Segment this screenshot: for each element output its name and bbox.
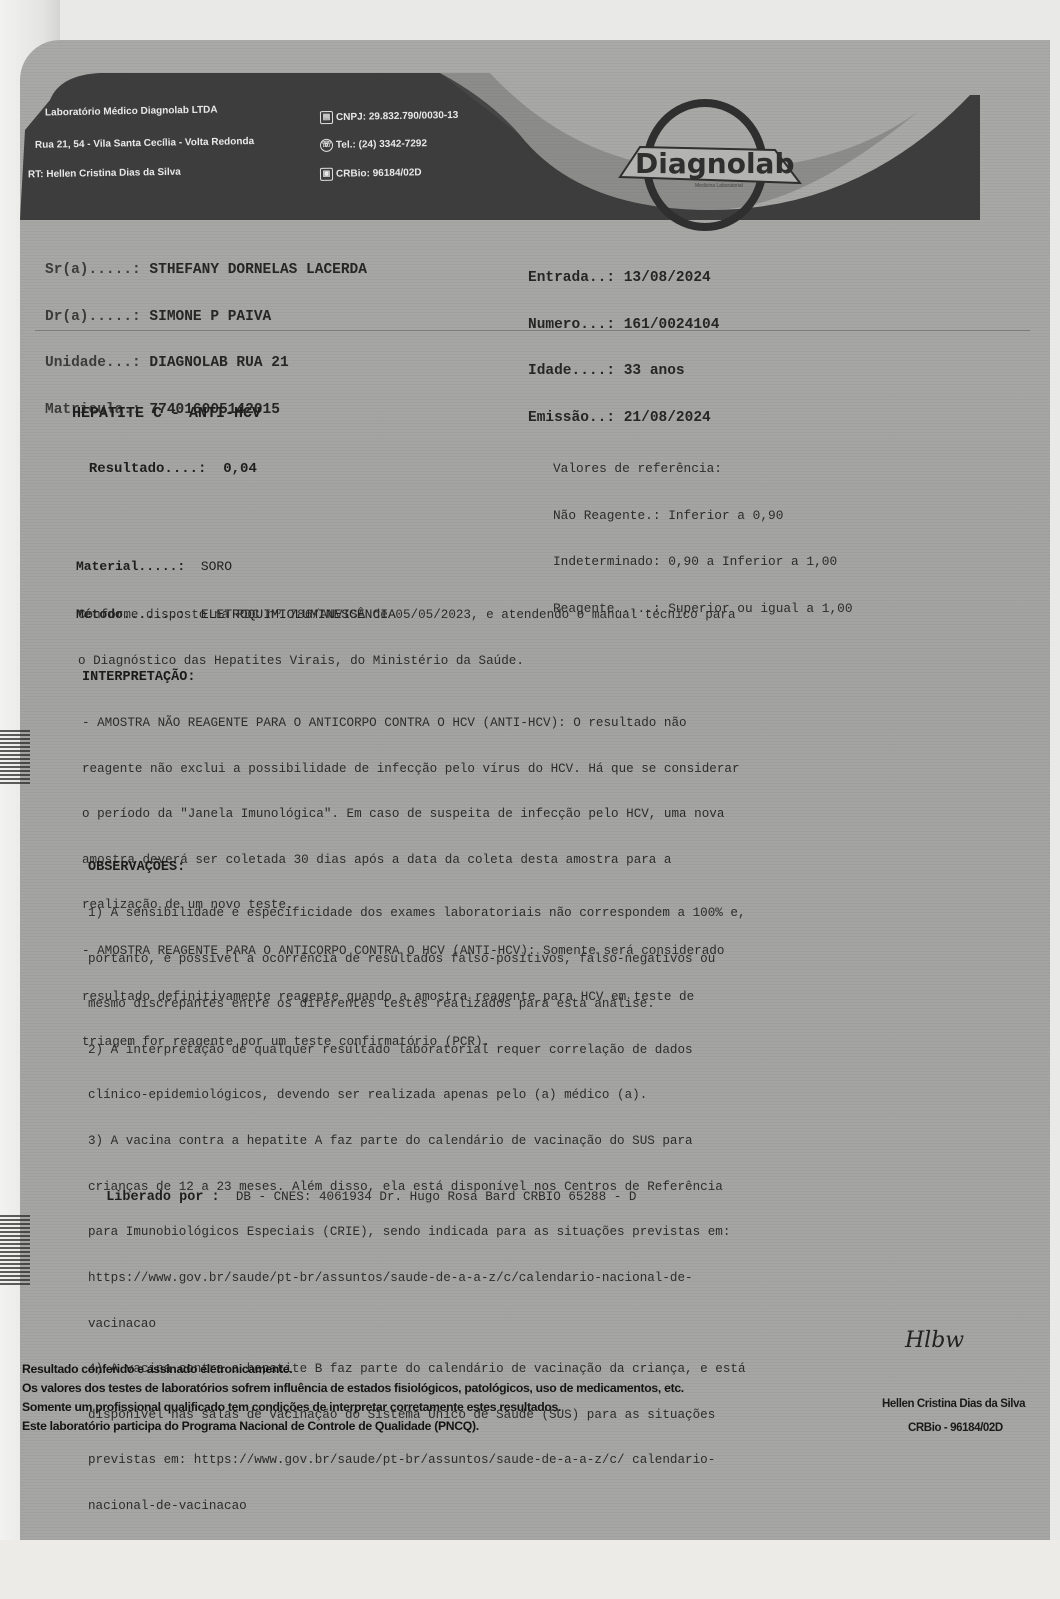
observation-line: portanto, é possível a ocorrência de res… (88, 952, 746, 967)
background-surface (0, 1540, 1060, 1599)
signer-crbio: CRBio - 96184/02D (908, 1422, 1003, 1434)
observation-link[interactable]: https://www.gov.br/saude/pt-br/assuntos/… (88, 1271, 746, 1286)
diagnolab-logo: Diagnolab Medicina Laboratorial (595, 95, 805, 235)
report-header: Laboratório Médico Diagnolab LTDA Rua 21… (20, 70, 1020, 230)
material-value: SORO (201, 559, 232, 574)
patient-name: STHEFANY DORNELAS LACERDA (149, 262, 367, 278)
observation-line: para Imunobiológicos Especiais (CRIE), s… (88, 1225, 746, 1240)
interpretation-line: o período da "Janela Imunológica". Em ca… (82, 807, 740, 822)
release-label: Liberado por : (106, 1190, 219, 1205)
footer-line: Resultado conferido e assinado eletronic… (22, 1362, 292, 1376)
exam-title: HEPATITE C - ANTI-HCV (72, 405, 261, 422)
info-row: Emissão..: 21/08/2024 (528, 411, 719, 427)
patient-age: 33 anos (624, 363, 685, 379)
reference-title: Valores de referência: (553, 461, 853, 477)
observation-line: 2) A interpretação de qualquer resultado… (88, 1043, 746, 1058)
logo-tagline: Medicina Laboratorial (695, 183, 743, 189)
info-row: Sr(a).....: STHEFANY DORNELAS LACERDA (45, 263, 367, 279)
patient-info-left: Sr(a).....: STHEFANY DORNELAS LACERDA Dr… (45, 232, 367, 434)
binding-shadow (0, 1215, 30, 1285)
observation-line: 1) A sensibilidade e especificidade dos … (88, 906, 746, 921)
release-value: DB - CNES: 4061934 Dr. Hugo Rosa Bard CR… (236, 1190, 637, 1204)
interpretation-title: INTERPRETAÇÃO: (82, 670, 740, 685)
lab-crbio: ▣CRBio: 96184/02D (320, 166, 422, 181)
lab-phone: ☏Tel.: (24) 3342-7292 (320, 137, 427, 152)
footer-line: Somente um profissional qualificado tem … (22, 1400, 561, 1414)
logo-wordmark: Diagnolab (635, 147, 794, 180)
id-card-icon: ▣ (320, 168, 333, 181)
observation-link[interactable]: nacional-de-vacinacao (88, 1499, 746, 1514)
material-label: Material.....: (76, 559, 185, 574)
info-row: Dr(a).....: SIMONE P PAIVA (45, 310, 367, 326)
doctor-name: SIMONE P PAIVA (149, 309, 271, 325)
reference-item: Indeterminado: 0,90 a Inferior a 1,00 (553, 554, 853, 570)
unit-name: DIAGNOLAB RUA 21 (149, 355, 288, 371)
info-row: Unidade...: DIAGNOLAB RUA 21 (45, 356, 367, 372)
interpretation-line: - AMOSTRA NÃO REAGENTE PARA O ANTICORPO … (82, 716, 740, 731)
observation-line: mesmo discrepantes entre os diferentes t… (88, 997, 746, 1012)
result-value: 0,04 (223, 461, 257, 477)
entry-date: 13/08/2024 (624, 270, 711, 286)
patient-info-right: Entrada..: 13/08/2024 Numero...: 161/002… (528, 240, 719, 442)
phone-icon: ☏ (320, 139, 333, 152)
reference-item: Não Reagente.: Inferior a 0,90 (553, 508, 853, 524)
release-info: Liberado por : DB - CNES: 4061934 Dr. Hu… (90, 1175, 636, 1205)
observation-line: clínico-epidemiológicos, devendo ser rea… (88, 1088, 746, 1103)
signer-name: Hellen Cristina Dias da Silva (882, 1398, 1025, 1410)
footer-line: Este laboratório participa do Programa N… (22, 1419, 479, 1433)
interpretation-line: reagente não exclui a possibilidade de i… (82, 762, 740, 777)
lab-cnpj: ▤CNPJ: 29.832.790/0030-13 (320, 109, 459, 124)
document-icon: ▤ (320, 111, 333, 124)
info-row: Entrada..: 13/08/2024 (528, 271, 719, 287)
info-row: Idade....: 33 anos (528, 364, 719, 380)
issue-date: 21/08/2024 (624, 410, 711, 426)
header-divider (35, 330, 1030, 331)
footer-line: Os valores dos testes de laboratórios so… (22, 1381, 684, 1395)
observation-link[interactable]: previstas em: https://www.gov.br/saude/p… (88, 1453, 746, 1468)
signature: Hlbw (905, 1328, 964, 1353)
binding-shadow (0, 730, 30, 785)
observations-title: OBSERVAÇÕES: (88, 860, 746, 875)
result-row: Resultado....: 0,04 (72, 445, 257, 477)
observation-line: 3) A vacina contra a hepatite A faz part… (88, 1134, 746, 1149)
observation-link[interactable]: vacinacao (88, 1317, 746, 1332)
